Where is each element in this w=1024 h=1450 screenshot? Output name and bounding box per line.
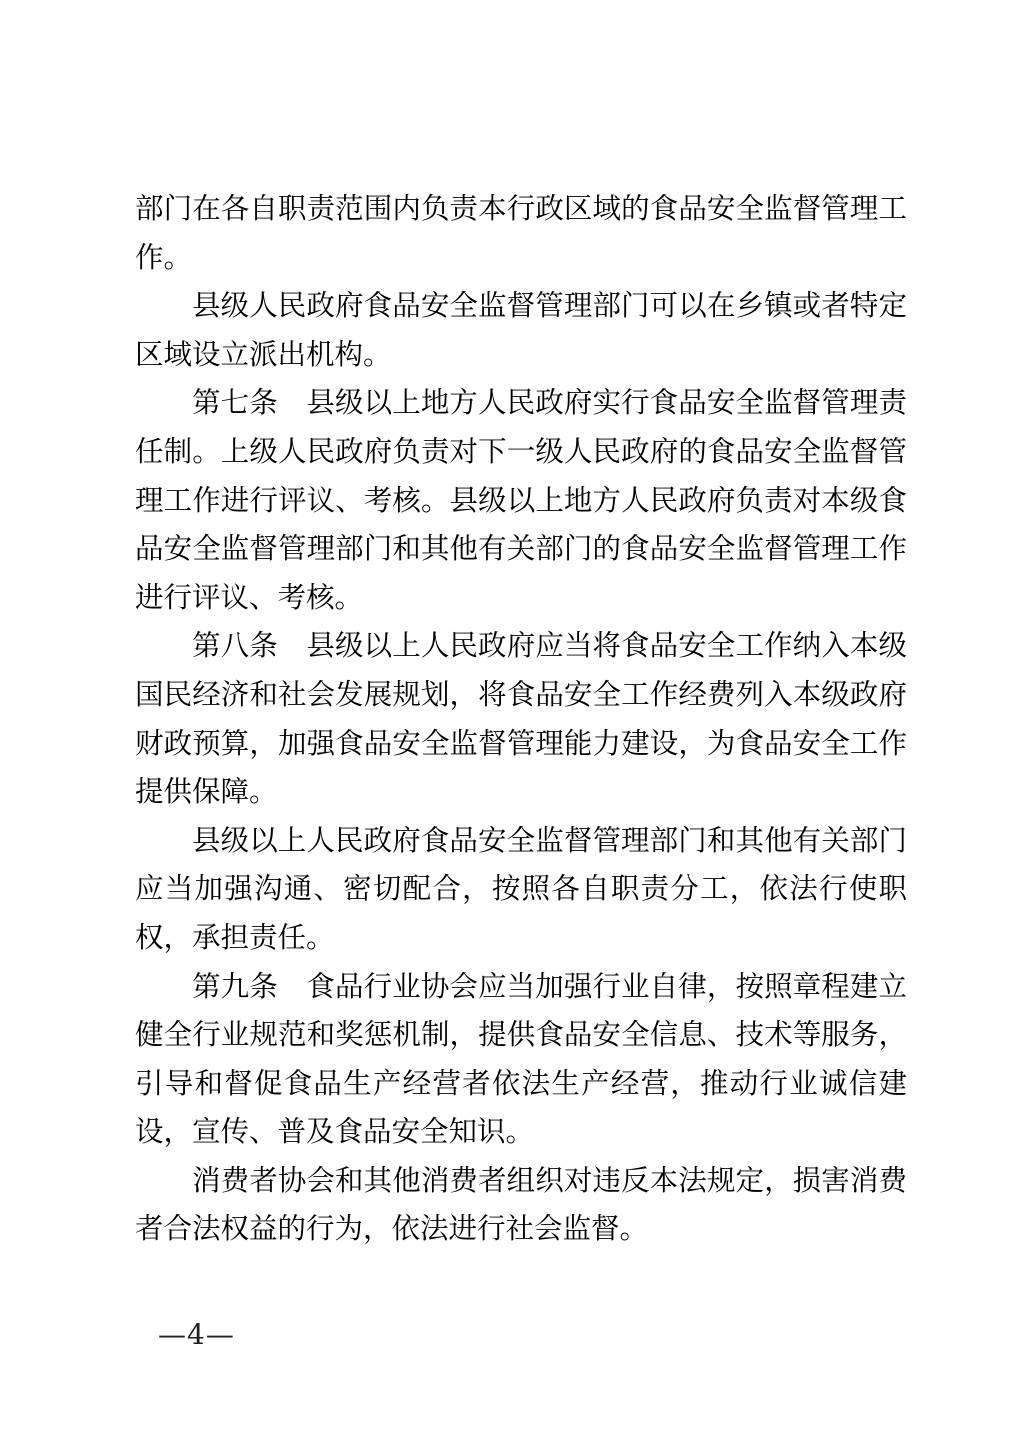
paragraph: 第九条 食品行业协会应当加强行业自律，按照章程建立健全行业规范和奖惩机制，提供食…: [135, 963, 907, 1157]
page-number: —4—: [158, 1318, 235, 1351]
paragraph: 县级以上人民政府食品安全监督管理部门和其他有关部门应当加强沟通、密切配合，按照各…: [135, 817, 907, 963]
paragraph: 第七条 县级以上地方人民政府实行食品安全监督管理责任制。上级人民政府负责对下一级…: [135, 379, 907, 622]
paragraph: 部门在各自职责范围内负责本行政区域的食品安全监督管理工作。: [135, 185, 907, 282]
document-body: 部门在各自职责范围内负责本行政区域的食品安全监督管理工作。县级人民政府食品安全监…: [135, 185, 907, 1254]
document-page: 部门在各自职责范围内负责本行政区域的食品安全监督管理工作。县级人民政府食品安全监…: [0, 0, 1024, 1450]
paragraph: 第八条 县级以上人民政府应当将食品安全工作纳入本级国民经济和社会发展规划，将食品…: [135, 622, 907, 816]
paragraph: 县级人民政府食品安全监督管理部门可以在乡镇或者特定区域设立派出机构。: [135, 282, 907, 379]
paragraph: 消费者协会和其他消费者组织对违反本法规定，损害消费者合法权益的行为，依法进行社会…: [135, 1157, 907, 1254]
